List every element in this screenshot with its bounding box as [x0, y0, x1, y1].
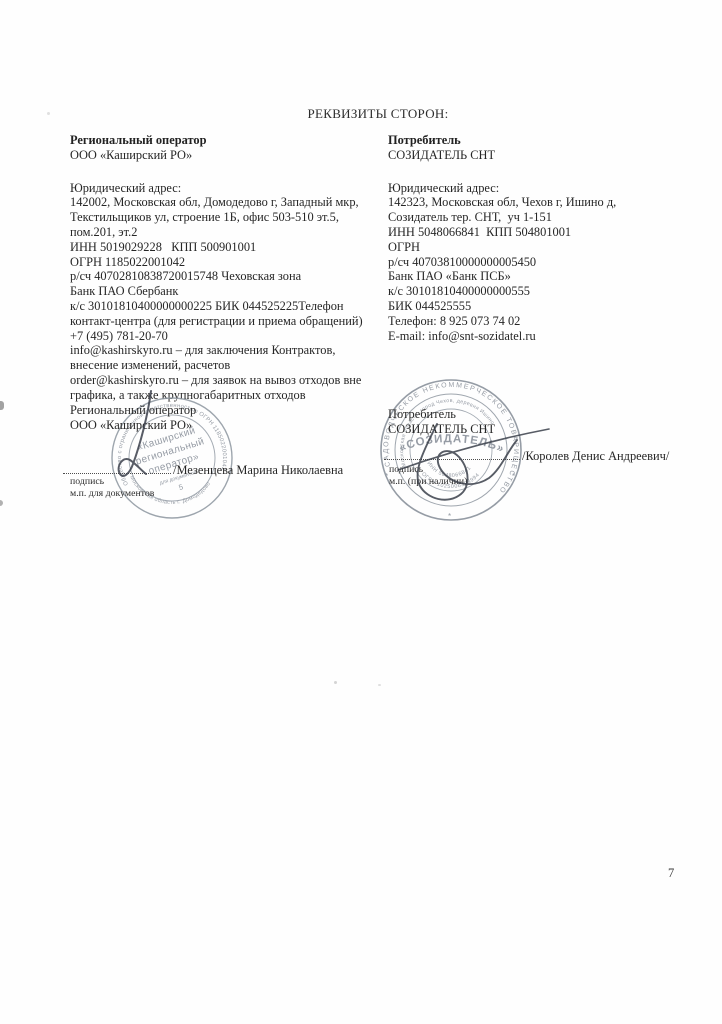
right-party-details: Юридический адрес: 142323, Московская об… — [388, 181, 708, 344]
left-party-column: Региональный оператор ООО «Каширский РО»… — [70, 133, 400, 403]
detail-line: р/сч 40702810838720015748 Чеховская зона — [70, 269, 400, 284]
left-signature-caption: подпись — [70, 476, 104, 488]
detail-line: внесение изменений, расчетов — [70, 358, 400, 373]
right-party-name: СОЗИДАТЕЛЬ СНТ — [388, 148, 708, 163]
detail-line: ИНН 5048066841 КПП 504801001 — [388, 225, 708, 240]
scan-speckle — [378, 684, 381, 686]
right-signature-line — [384, 447, 520, 460]
left-signature-block-head: Региональный оператор ООО «Каширский РО» — [70, 403, 196, 433]
right-stamp-star-left: * — [385, 472, 388, 481]
right-signature-org: СОЗИДАТЕЛЬ СНТ — [388, 422, 495, 437]
detail-line: 142002, Московская обл, Домодедово г, За… — [70, 195, 400, 210]
left-party-name: ООО «Каширский РО» — [70, 148, 400, 163]
detail-line: +7 (495) 781-20-70 — [70, 329, 400, 344]
right-seal-caption: м.п. (при наличии) — [389, 476, 467, 488]
detail-line: order@kashirskyro.ru – для заявок на выв… — [70, 373, 400, 388]
detail-line: Банк ПАО Сбербанк — [70, 284, 400, 299]
left-party-role: Региональный оператор — [70, 133, 400, 148]
right-signature-role: Потребитель — [388, 407, 495, 422]
detail-line: Юридический адрес: — [70, 181, 400, 196]
scan-edge-artifact — [0, 500, 3, 506]
right-signature-block-head: Потребитель СОЗИДАТЕЛЬ СНТ — [388, 407, 495, 437]
left-signer-name: /Мезенцева Марина Николаевна — [173, 463, 343, 477]
page-number: 7 — [668, 866, 674, 881]
left-signature-org: ООО «Каширский РО» — [70, 418, 196, 433]
detail-line: контакт-центра (для регистрации и приема… — [70, 314, 400, 329]
detail-line: пом.201, эт.2 — [70, 225, 400, 240]
right-party-column: Потребитель СОЗИДАТЕЛЬ СНТ Юридический а… — [388, 133, 708, 343]
right-signature-row: /Королев Денис Андреевич/ — [384, 447, 669, 464]
detail-line: Телефон: 8 925 073 74 02 — [388, 314, 708, 329]
detail-line: info@kashirskyro.ru – для заключения Кон… — [70, 343, 400, 358]
right-signature-caption: подпись — [389, 464, 423, 476]
detail-line: Банк ПАО «Банк ПСБ» — [388, 269, 708, 284]
right-signer-name: /Королев Денис Андреевич/ — [522, 449, 669, 463]
left-stamp-number: 5 — [178, 482, 185, 492]
detail-line: ОГРН 1185022001042 — [70, 255, 400, 270]
left-signature-row: /Мезенцева Марина Николаевна — [63, 461, 343, 478]
detail-line: БИК 044525555 — [388, 299, 708, 314]
detail-line: Созидатель тер. СНТ, уч 1-151 — [388, 210, 708, 225]
right-stamp-star-right: * — [512, 472, 515, 481]
left-signature-role: Региональный оператор — [70, 403, 196, 418]
right-party-role: Потребитель — [388, 133, 708, 148]
detail-line: Текстильщиков ул, строение 1Б, офис 503-… — [70, 210, 400, 225]
detail-line: ОГРН — [388, 240, 708, 255]
left-party-details: Юридический адрес: 142002, Московская об… — [70, 181, 400, 403]
detail-line: к/с 30101810400000000555 — [388, 284, 708, 299]
detail-line: ИНН 5019029228 КПП 500901001 — [70, 240, 400, 255]
scanned-contract-page: РЕКВИЗИТЫ СТОРОН: Региональный оператор … — [0, 0, 722, 1024]
detail-line: Юридический адрес: — [388, 181, 708, 196]
left-signature-line — [63, 461, 171, 474]
right-stamp-star-bottom: * — [448, 512, 451, 521]
detail-line: E-mail: info@snt-sozidatel.ru — [388, 329, 708, 344]
left-seal-caption: м.п. для документов — [70, 488, 154, 500]
document-title: РЕКВИЗИТЫ СТОРОН: — [17, 106, 722, 122]
detail-line: к/с 30101810400000000225 БИК 044525225Те… — [70, 299, 400, 314]
scan-speckle — [47, 112, 50, 115]
scan-speckle — [334, 681, 337, 684]
detail-line: 142323, Московская обл, Чехов г, Ишино д… — [388, 195, 708, 210]
detail-line: р/сч 40703810000000005450 — [388, 255, 708, 270]
scan-edge-artifact — [0, 401, 4, 410]
